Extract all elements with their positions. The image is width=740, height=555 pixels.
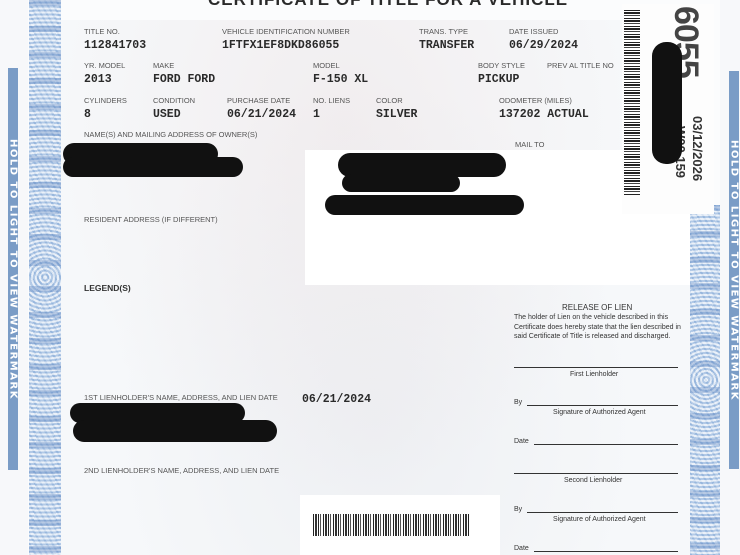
resident-address-label: RESIDENT ADDRESS (IF DIFFERENT) (84, 215, 218, 224)
odometer-value: 137202 ACTUAL (499, 108, 589, 121)
trans-type-label: TRANS. TYPE (419, 27, 468, 36)
purchase-date-label: PURCHASE DATE (227, 96, 290, 105)
sticker-redaction (652, 42, 682, 164)
by-label: By (514, 399, 522, 406)
mail-to-label: MAIL TO (515, 140, 544, 149)
date-label-1: Date (514, 438, 529, 445)
color-label: COLOR (376, 96, 403, 105)
second-lienholder-label: 2ND LIENHOLDER'S NAME, ADDRESS, AND LIEN… (84, 466, 279, 475)
watermark-bar-left: HOLD TO LIGHT TO VIEW WATERMARK (8, 68, 18, 470)
sticker-barcode (624, 10, 640, 195)
first-lienholder-label: 1ST LIENHOLDER'S NAME, ADDRESS, AND LIEN… (84, 393, 278, 402)
vin-label: VEHICLE IDENTIFICATION NUMBER (222, 27, 350, 36)
make-value: FORD FORD (153, 73, 215, 86)
condition-label: CONDITION (153, 96, 195, 105)
owner-label: NAME(S) AND MAILING ADDRESS OF OWNER(S) (84, 130, 257, 139)
first-lienholder-line (514, 367, 678, 368)
legends-label: LEGEND(S) (84, 283, 131, 293)
body-style-label: BODY STYLE (478, 61, 525, 70)
by-label-2: By (514, 506, 522, 513)
purchase-date-value: 06/21/2024 (227, 108, 296, 121)
date-line-1[interactable] (534, 444, 678, 445)
odometer-label: ODOMETER (MILES) (499, 96, 572, 105)
release-of-lien-title: RELEASE OF LIEN (562, 303, 632, 312)
make-label: MAKE (153, 61, 174, 70)
mail-to-redaction (325, 195, 524, 215)
model-value: F-150 XL (313, 73, 368, 86)
no-liens-value: 1 (313, 108, 320, 121)
date-issued-value: 06/29/2024 (509, 39, 578, 52)
first-lien-date-value: 06/21/2024 (302, 393, 371, 406)
first-lienholder-redaction (73, 420, 277, 442)
release-of-lien-text: The holder of Lien on the vehicle descri… (514, 313, 684, 342)
second-lienholder-caption: Second Lienholder (564, 477, 622, 484)
title-no-label: TITLE NO. (84, 27, 120, 36)
cylinders-label: CYLINDERS (84, 96, 127, 105)
document-barcode (313, 514, 469, 536)
signature-caption-1: Signature of Authorized Agent (553, 409, 646, 416)
model-label: MODEL (313, 61, 340, 70)
title-no-value: 112841703 (84, 39, 146, 52)
watermark-bar-right: HOLD TO LIGHT TO VIEW WATERMARK (729, 71, 739, 469)
date-line-2[interactable] (534, 551, 678, 552)
prev-title-no-label: PREV AL TITLE NO (547, 61, 614, 70)
date-label-2: Date (514, 545, 529, 552)
yr-model-label: YR. MODEL (84, 61, 125, 70)
sticker-date: 03/12/2026 (690, 116, 705, 181)
guilloche-border-right (690, 205, 722, 555)
trans-type-value: TRANSFER (419, 39, 474, 52)
guilloche-border-left (29, 0, 61, 555)
signature-caption-2: Signature of Authorized Agent (553, 516, 646, 523)
mail-to-redaction (342, 174, 460, 192)
second-lienholder-line (514, 473, 678, 474)
signature-line-1[interactable] (527, 405, 678, 406)
title-certificate: HOLD TO LIGHT TO VIEW WATERMARK HOLD TO … (0, 0, 740, 555)
vin-value: 1FTFX1EF8DKD86055 (222, 39, 339, 52)
color-value: SILVER (376, 108, 417, 121)
document-title: CERTIFICATE OF TITLE FOR A VEHICLE (208, 0, 568, 10)
cylinders-value: 8 (84, 108, 91, 121)
owner-redaction (63, 157, 243, 177)
first-lienholder-caption: First Lienholder (570, 371, 618, 378)
signature-line-2[interactable] (527, 512, 678, 513)
body-style-value: PICKUP (478, 73, 519, 86)
condition-value: USED (153, 108, 181, 121)
date-issued-label: DATE ISSUED (509, 27, 558, 36)
no-liens-label: NO. LIENS (313, 96, 350, 105)
yr-model-value: 2013 (84, 73, 112, 86)
